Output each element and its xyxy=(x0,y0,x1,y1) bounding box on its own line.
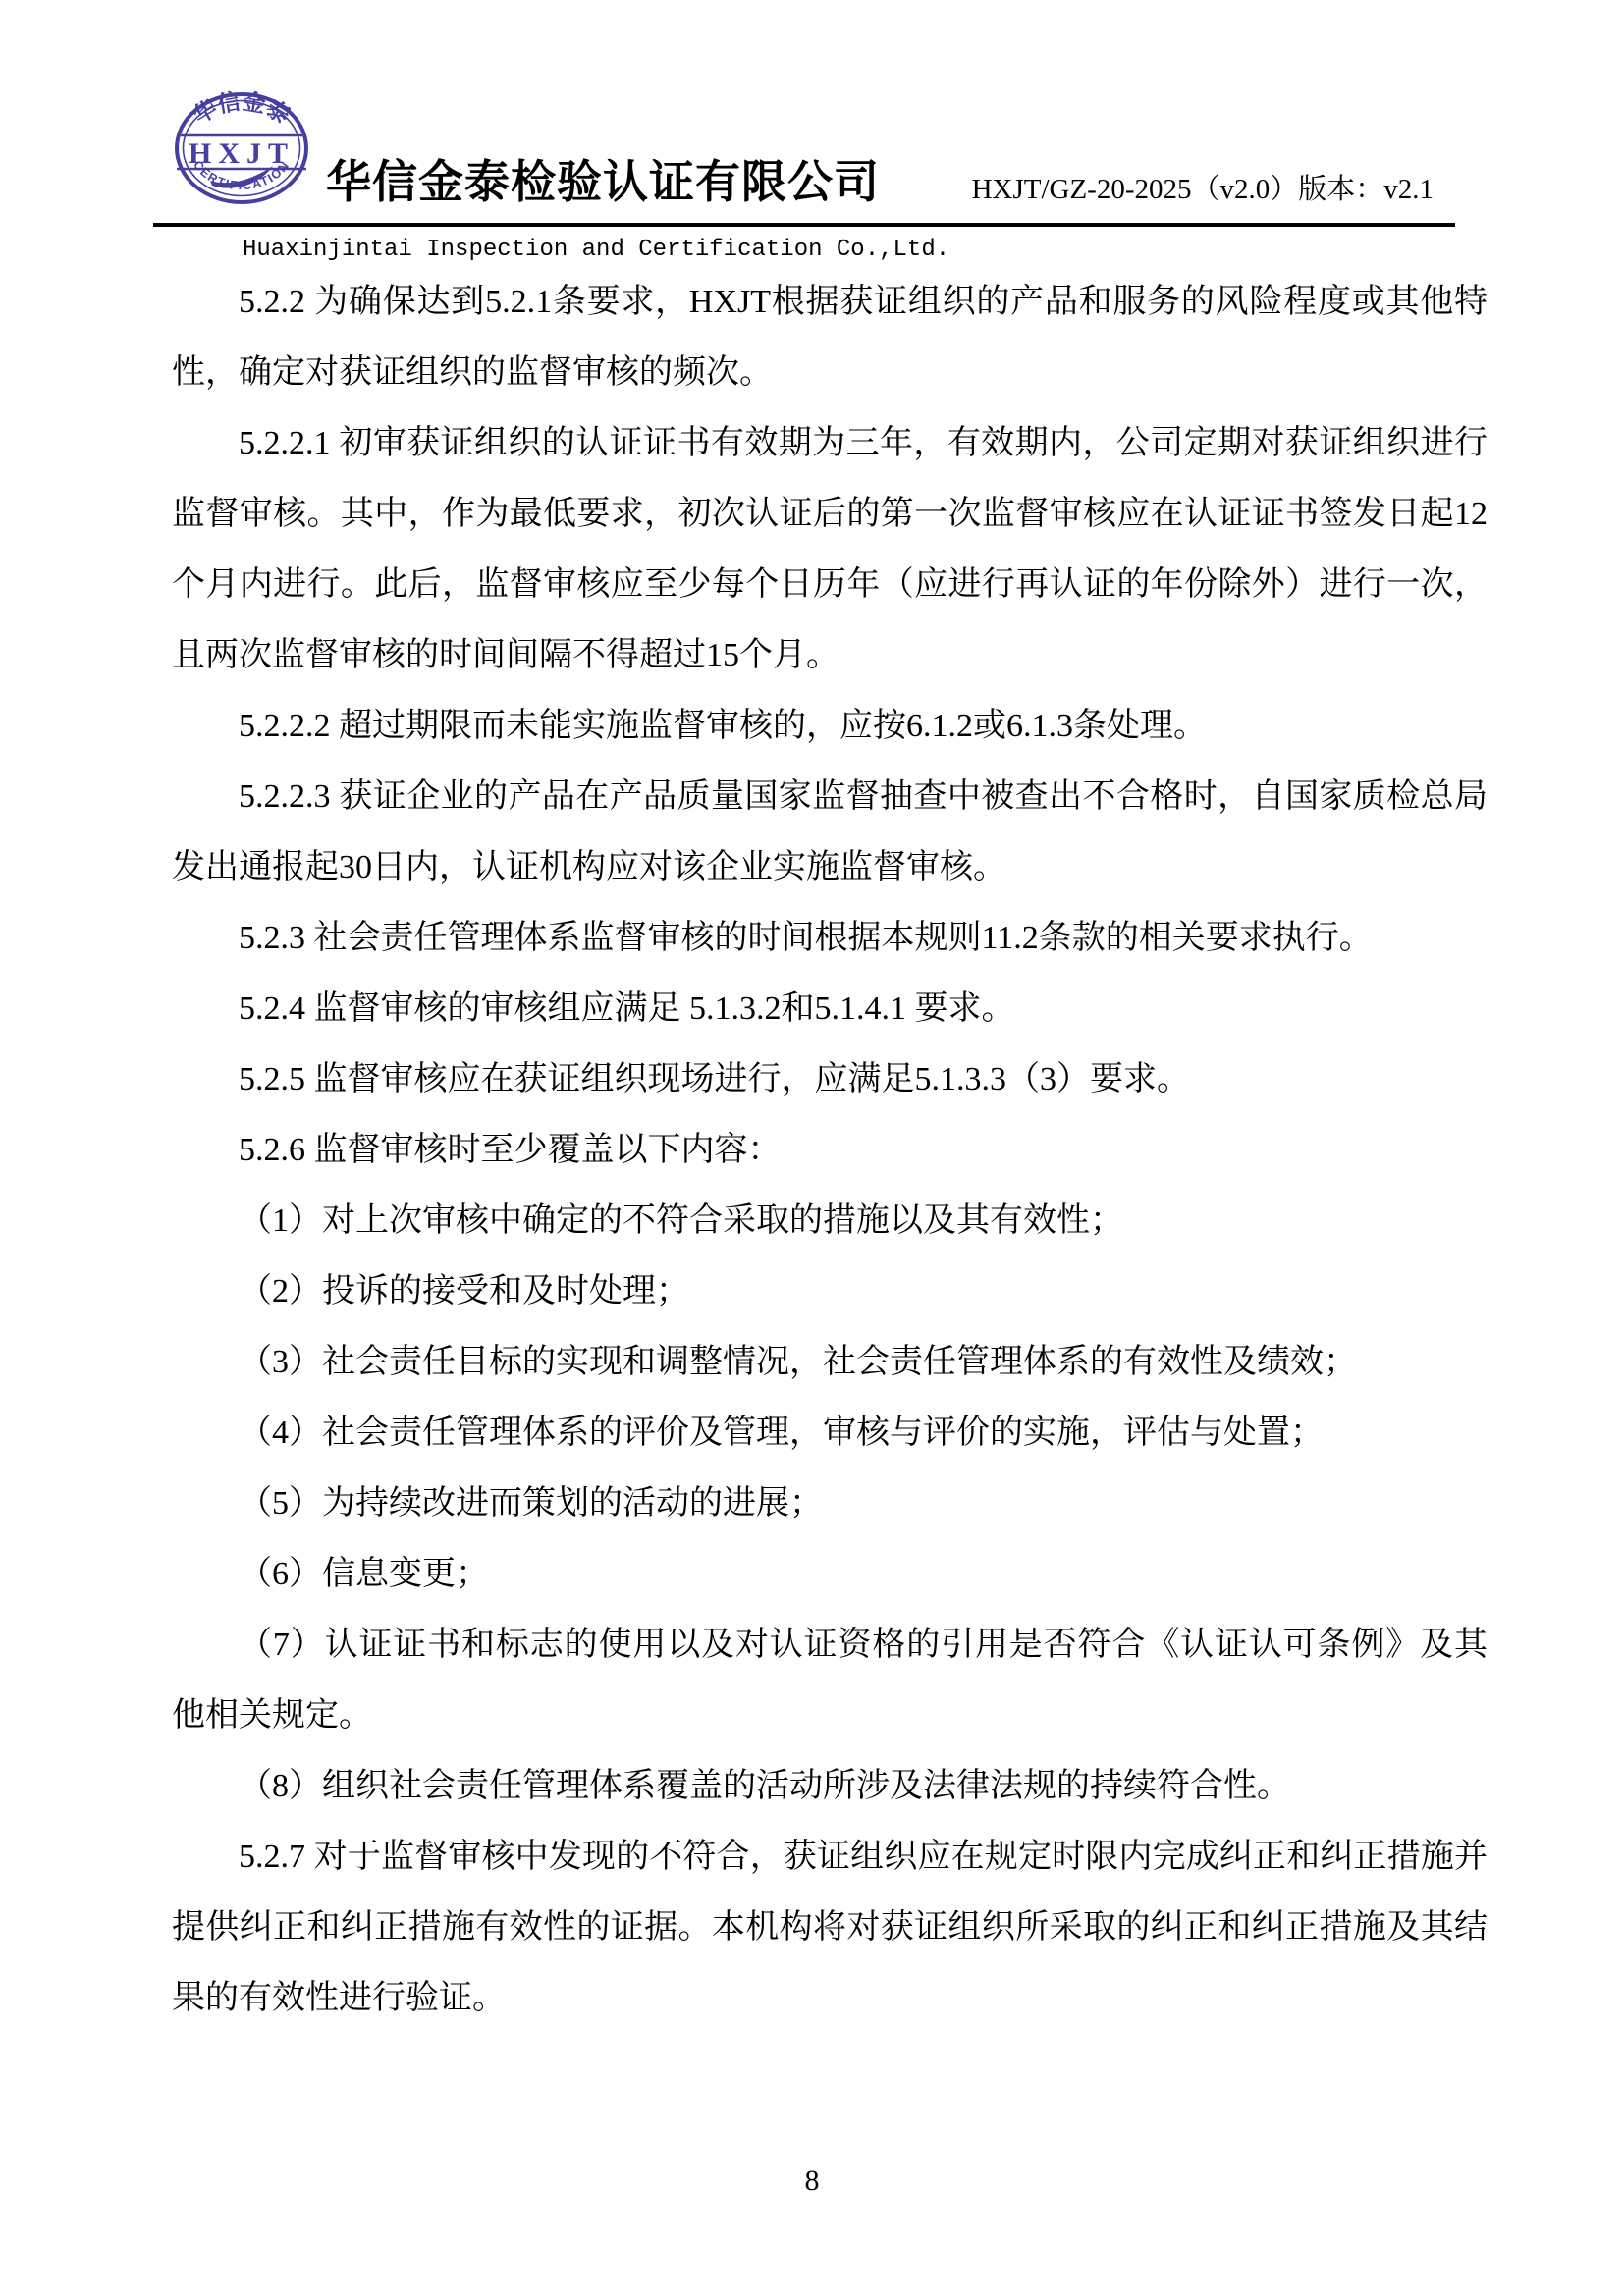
company-name-chinese: 华信金泰检验认证有限公司 xyxy=(326,153,880,212)
company-name-english: Huaxinjintai Inspection and Certificatio… xyxy=(243,236,949,265)
document-number: HXJT/GZ-20-2025（v2.0）版本：v2.1 xyxy=(972,171,1434,208)
header-divider xyxy=(153,223,1455,227)
document-page: 华信金泰 HXJT CERTIFICATION 华信金泰检验认证有限公司 HXJ… xyxy=(0,0,1624,2296)
page-number: 8 xyxy=(0,2163,1624,2199)
list-item-1: （1）对上次审核中确定的不符合采取的措施以及其有效性； xyxy=(172,1186,1488,1256)
list-item-4: （4）社会责任管理体系的评价及管理，审核与评价的实施，评估与处置； xyxy=(172,1398,1488,1468)
clause-5-2-4: 5.2.4 监督审核的审核组应满足 5.1.3.2和5.1.4.1 要求。 xyxy=(172,974,1488,1044)
clause-5-2-2-2: 5.2.2.2 超过期限而未能实施监督审核的，应按6.1.2或6.1.3条处理。 xyxy=(172,691,1488,762)
clause-5-2-7: 5.2.7 对于监督审核中发现的不符合，获证组织应在规定时限内完成纠正和纠正措施… xyxy=(172,1822,1488,2034)
company-logo-icon: 华信金泰 HXJT CERTIFICATION xyxy=(173,90,310,206)
list-item-7: （7）认证证书和标志的使用以及对认证资格的引用是否符合《认证认可条例》及其他相关… xyxy=(172,1610,1488,1751)
document-body: 5.2.2 为确保达到5.2.1条要求，HXJT根据获证组织的产品和服务的风险程… xyxy=(172,267,1488,2034)
clause-5-2-6: 5.2.6 监督审核时至少覆盖以下内容： xyxy=(172,1115,1488,1186)
clause-5-2-2: 5.2.2 为确保达到5.2.1条要求，HXJT根据获证组织的产品和服务的风险程… xyxy=(172,267,1488,408)
list-item-3: （3）社会责任目标的实现和调整情况，社会责任管理体系的有效性及绩效； xyxy=(172,1327,1488,1398)
list-item-5: （5）为持续改进而策划的活动的进展； xyxy=(172,1468,1488,1539)
clause-5-2-2-1: 5.2.2.1 初审获证组织的认证证书有效期为三年，有效期内，公司定期对获证组织… xyxy=(172,408,1488,691)
list-item-2: （2）投诉的接受和及时处理； xyxy=(172,1256,1488,1327)
clause-5-2-2-3: 5.2.2.3 获证企业的产品在产品质量国家监督抽查中被查出不合格时，自国家质检… xyxy=(172,762,1488,903)
clause-5-2-5: 5.2.5 监督审核应在获证组织现场进行，应满足5.1.3.3（3）要求。 xyxy=(172,1044,1488,1115)
clause-5-2-3: 5.2.3 社会责任管理体系监督审核的时间根据本规则11.2条款的相关要求执行。 xyxy=(172,903,1488,974)
list-item-6: （6）信息变更； xyxy=(172,1539,1488,1610)
list-item-8: （8）组织社会责任管理体系覆盖的活动所涉及法律法规的持续符合性。 xyxy=(172,1751,1488,1822)
